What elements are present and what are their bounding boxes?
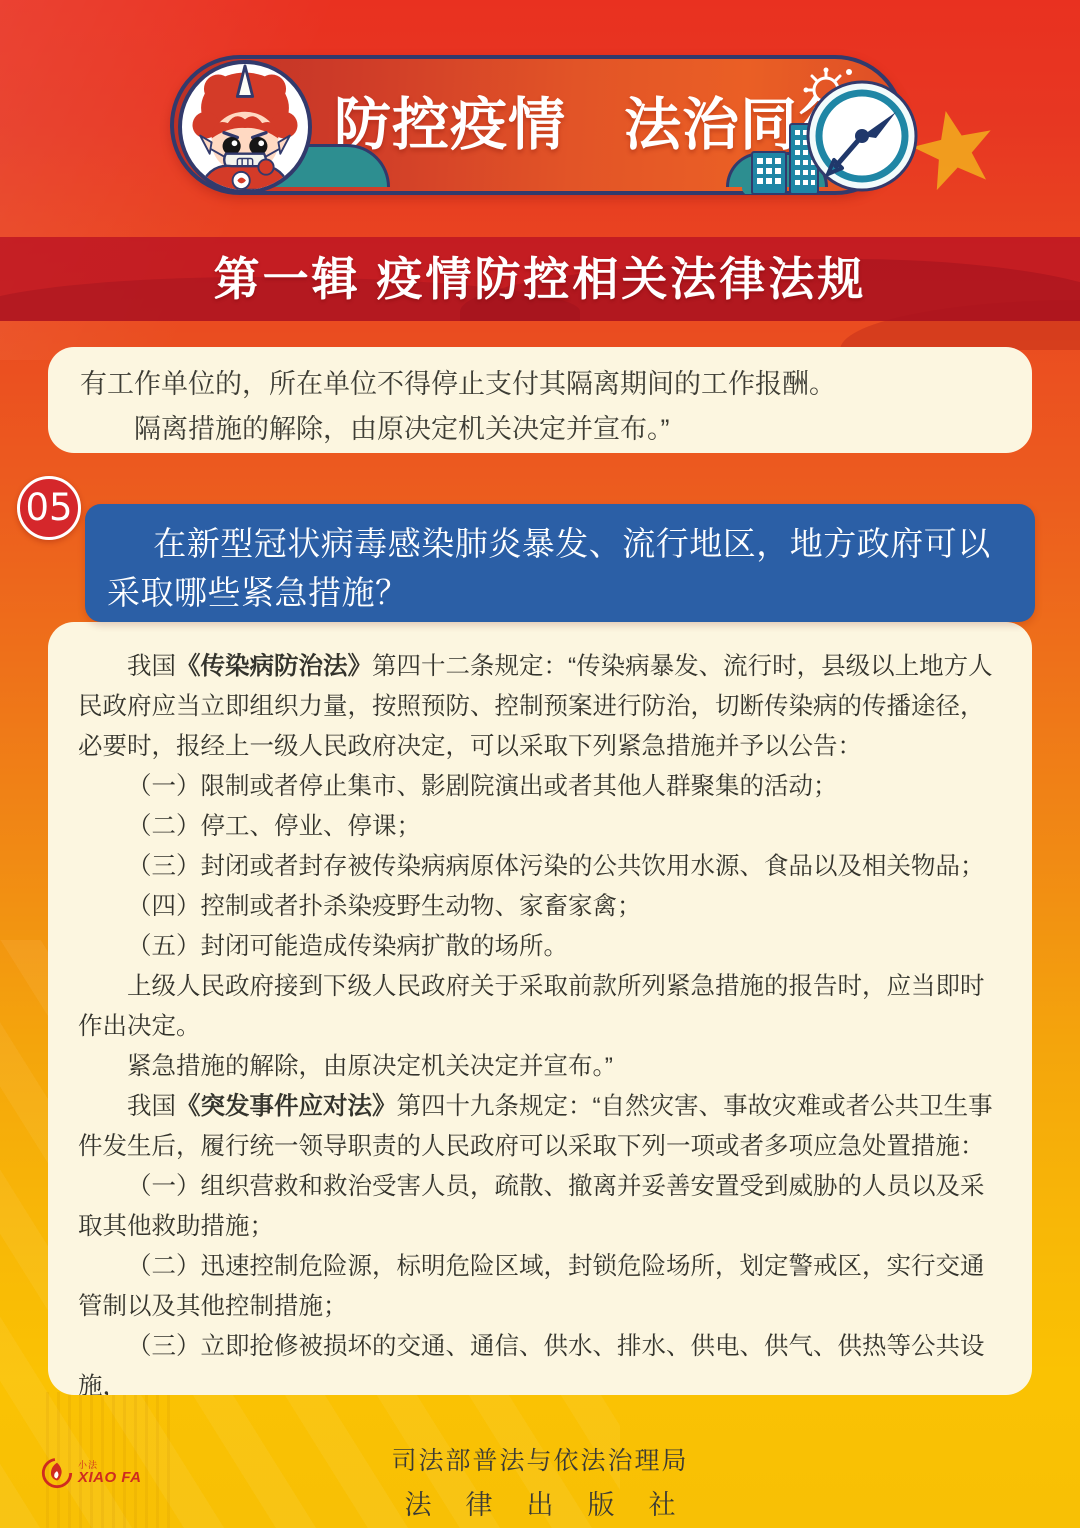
quote-card: 有工作单位的，所在单位不得停止支付其隔离期间的工作报酬。隔离措施的解除，由原决定… — [48, 347, 1032, 453]
answer-paragraph: 紧急措施的解除，由原决定机关决定并宣布。” — [78, 1047, 1006, 1087]
answer-paragraph: （二）迅速控制危险源，标明危险区域，封锁危险场所，划定警戒区，实行交通管制以及其… — [78, 1247, 1006, 1327]
section-band: 第一辑 疫情防控相关法律法规 — [0, 237, 1080, 321]
answer-paragraph: 上级人民政府接到下级人民政府关于采取前款所列紧急措施的报告时，应当即时作出决定。 — [78, 967, 1006, 1047]
answer-paragraph: （二）停工、停业、停课； — [78, 807, 1006, 847]
answer-paragraph: 我国《传染病防治法》第四十二条规定：“传染病暴发、流行时，县级以上地方人民政府应… — [78, 647, 1006, 767]
answer-paragraph: （四）控制或者扑杀染疫野生动物、家畜家禽； — [78, 887, 1006, 927]
answer-paragraph: （一）组织营救和救治受害人员，疏散、撤离并妥善安置受到威胁的人员以及采取其他救助… — [78, 1167, 1006, 1247]
answer-card: 我国《传染病防治法》第四十二条规定：“传染病暴发、流行时，县级以上地方人民政府应… — [48, 622, 1032, 1395]
footer-publisher: 法律出版社 — [0, 1483, 1080, 1522]
question-text: 在新型冠状病毒感染肺炎暴发、流行地区，地方政府可以采取哪些紧急措施？ — [85, 504, 1035, 617]
quote-line: 有工作单位的，所在单位不得停止支付其隔离期间的工作报酬。 — [80, 362, 1000, 407]
question-box: 在新型冠状病毒感染肺炎暴发、流行地区，地方政府可以采取哪些紧急措施？ — [85, 504, 1035, 622]
question-number-badge: 05 — [17, 476, 81, 540]
answer-paragraph: （三）立即抢修被损坏的交通、通信、供水、排水、供电、供气、供热等公共设施， — [78, 1327, 1006, 1395]
section-title: 第一辑 疫情防控相关法律法规 — [0, 237, 1080, 321]
poster-page: 防控疫情 法治同行 — [0, 0, 1080, 1528]
answer-paragraph: （三）封闭或者封存被传染病病原体污染的公共饮用水源、食品以及相关物品； — [78, 847, 1006, 887]
mask-mascot-icon — [182, 64, 308, 190]
mascot-avatar — [178, 60, 312, 194]
footer-organization: 司法部普法与依法治理局 — [0, 1441, 1080, 1477]
answer-paragraph: 我国《突发事件应对法》第四十九条规定：“自然灾害、事故灾难或者公共卫生事件发生后… — [78, 1087, 1006, 1167]
answer-paragraph: （五）封闭可能造成传染病扩散的场所。 — [78, 927, 1006, 967]
answer-paragraph: （一）限制或者停止集市、影剧院演出或者其他人群聚集的活动； — [78, 767, 1006, 807]
quote-line: 隔离措施的解除，由原决定机关决定并宣布。” — [80, 407, 1000, 452]
compass-icon — [802, 76, 922, 196]
